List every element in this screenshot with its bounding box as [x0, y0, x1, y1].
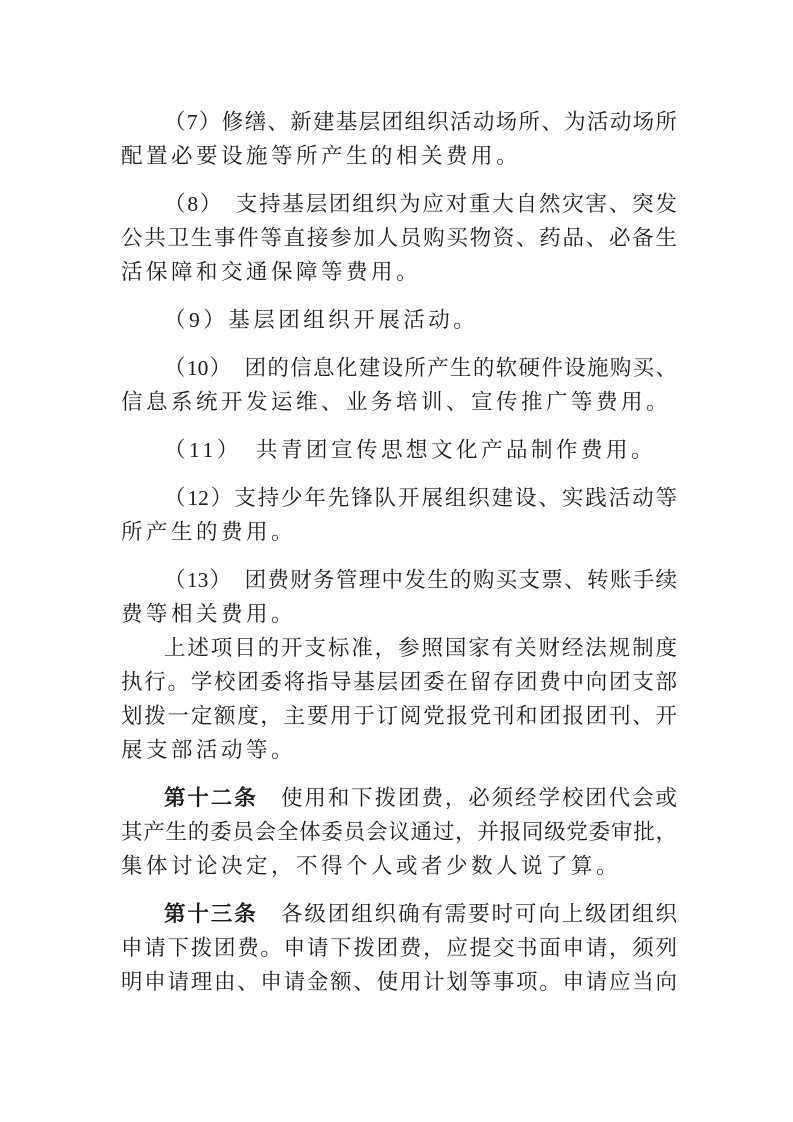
text-line: 第十三条 各级团组织确有需要时可向上级团组织: [121, 897, 677, 931]
text-line: 费等相关费用。: [121, 597, 677, 631]
item-paragraph-9: （9）基层团组织开展活动。: [121, 303, 677, 337]
text-line: 信息系统开发运维、业务培训、宣传推广等费用。: [121, 385, 677, 419]
text-line: （12）支持少年先锋队开展组织建设、实践活动等: [121, 481, 677, 515]
document-body: （7）修缮、新建基层团组织活动场所、为活动场所 配置必要设施等所产生的相关费用。…: [121, 105, 677, 999]
text-line: 执行。学校团委将指导基层团委在留存团费中向团支部: [121, 665, 677, 699]
text-line: 第十二条 使用和下拨团费，必须经学校团代会或: [121, 781, 677, 815]
text-line: （13） 团费财务管理中发生的购买支票、转账手续: [121, 563, 677, 597]
item-paragraph-11: （11） 共青团宣传思想文化产品制作费用。: [121, 433, 677, 467]
item-paragraph-8: （8） 支持基层团组织为应对重大自然灾害、突发 公共卫生事件等直接参加人员购买物…: [121, 187, 677, 289]
text-line: 上述项目的开支标准，参照国家有关财经法规制度: [121, 631, 677, 665]
item-paragraph-7: （7）修缮、新建基层团组织活动场所、为活动场所 配置必要设施等所产生的相关费用。: [121, 105, 677, 173]
item-paragraph-12: （12）支持少年先锋队开展组织建设、实践活动等 所产生的费用。: [121, 481, 677, 549]
text-line: 公共卫生事件等直接参加人员购买物资、药品、必备生: [121, 221, 677, 255]
item-paragraph-13: （13） 团费财务管理中发生的购买支票、转账手续 费等相关费用。: [121, 563, 677, 631]
text-run: 各级团组织确有需要时可向上级团组织: [258, 902, 677, 926]
article-12-paragraph: 第十二条 使用和下拨团费，必须经学校团代会或 其产生的委员会全体委员会议通过，并…: [121, 781, 677, 883]
text-line: （11） 共青团宣传思想文化产品制作费用。: [121, 433, 677, 467]
text-run: 使用和下拨团费，必须经学校团代会或: [258, 786, 677, 810]
summary-paragraph: 上述项目的开支标准，参照国家有关财经法规制度 执行。学校团委将指导基层团委在留存…: [121, 631, 677, 767]
item-paragraph-10: （10） 团的信息化建设所产生的软硬件设施购买、 信息系统开发运维、业务培训、宣…: [121, 351, 677, 419]
text-line: 申请下拨团费。申请下拨团费，应提交书面申请，须列: [121, 931, 677, 965]
article-13-paragraph: 第十三条 各级团组织确有需要时可向上级团组织 申请下拨团费。申请下拨团费，应提交…: [121, 897, 677, 999]
text-line: 其产生的委员会全体委员会议通过，并报同级党委审批，: [121, 815, 677, 849]
text-line: 活保障和交通保障等费用。: [121, 255, 677, 289]
document-page: （7）修缮、新建基层团组织活动场所、为活动场所 配置必要设施等所产生的相关费用。…: [0, 0, 793, 1122]
text-line: 集体讨论决定，不得个人或者少数人说了算。: [121, 849, 677, 883]
text-line: （10） 团的信息化建设所产生的软硬件设施购买、: [121, 351, 677, 385]
article-12-heading: 第十二条: [164, 786, 258, 810]
text-line: 配置必要设施等所产生的相关费用。: [121, 139, 677, 173]
text-line: 所产生的费用。: [121, 515, 677, 549]
text-line: 明申请理由、申请金额、使用计划等事项。申请应当向: [121, 965, 677, 999]
text-line: （7）修缮、新建基层团组织活动场所、为活动场所: [121, 105, 677, 139]
article-13-heading: 第十三条: [164, 902, 258, 926]
text-line: 展支部活动等。: [121, 733, 677, 767]
text-line: （8） 支持基层团组织为应对重大自然灾害、突发: [121, 187, 677, 221]
text-line: 划拨一定额度，主要用于订阅党报党刊和团报团刊、开: [121, 699, 677, 733]
text-line: （9）基层团组织开展活动。: [121, 303, 677, 337]
